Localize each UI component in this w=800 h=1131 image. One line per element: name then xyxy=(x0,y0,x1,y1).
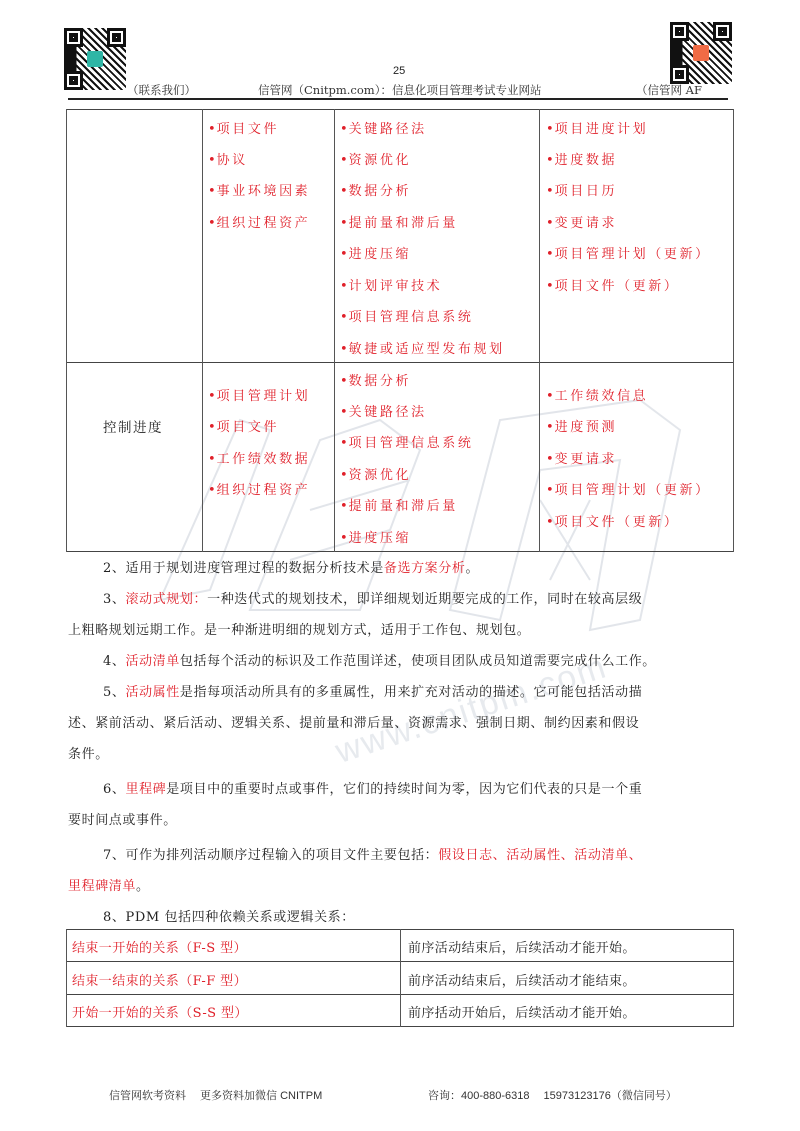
table-border-left xyxy=(66,929,67,1027)
tool-item: 进度压缩 xyxy=(340,527,411,546)
output-item: 进度数据 xyxy=(546,149,617,168)
input-item: 组织过程资产 xyxy=(208,479,310,498)
highlight-term: 假设日志、活动属性、活动清单、 xyxy=(438,848,642,863)
process-name: 控制进度 xyxy=(103,416,163,436)
output-item: 项目文件（更新） xyxy=(546,275,679,294)
tool-item: 数据分析 xyxy=(340,370,411,389)
relationship-desc: 前序活动结束后，后续活动才能开始。 xyxy=(408,937,636,956)
input-item: 协议 xyxy=(208,149,248,168)
app-logo-icon xyxy=(87,51,103,67)
highlight-term: 活动清单 xyxy=(125,654,179,669)
table-col-divider-1 xyxy=(202,109,203,552)
tool-item: 数据分析 xyxy=(340,180,411,199)
paragraph-5-cont: 述、紧前活动、紧后活动、逻辑关系、提前量和滞后量、资源需求、强制日期、制约因素和… xyxy=(68,708,639,739)
tool-item: 关键路径法 xyxy=(340,401,427,420)
relationship-desc: 前序活动结束后，后续活动才能结束。 xyxy=(408,970,636,989)
output-item: 项目管理计划（更新） xyxy=(546,479,711,498)
output-item: 进度预测 xyxy=(546,416,617,435)
table-border-top xyxy=(66,109,734,110)
tool-item: 计划评审技术 xyxy=(340,275,442,294)
table-col-divider-2 xyxy=(334,109,335,552)
tool-item: 项目管理信息系统 xyxy=(340,306,473,325)
input-item: 事业环境因素 xyxy=(208,180,310,199)
output-item: 变更请求 xyxy=(546,448,617,467)
relationship-type: 结束一开始的关系（F-S 型） xyxy=(72,937,247,956)
paragraph-5: 5、活动属性是指每项活动所具有的多重属性，用来扩充对活动的描述。它可能包括活动描 xyxy=(103,677,642,708)
paragraph-2: 2、适用于规划进度管理过程的数据分析技术是备选方案分析。 xyxy=(103,553,479,584)
page-number: 25 xyxy=(393,65,405,77)
qr-code-contact xyxy=(64,28,126,90)
paragraph-3-cont: 上粗略规划远期工作。是一种渐进明细的规划方式，适用于工作包、规划包。 xyxy=(68,615,530,646)
relationship-desc: 前序括动开始后，后续活动才能开始。 xyxy=(408,1002,636,1021)
tool-item: 提前量和滞后量 xyxy=(340,495,458,514)
tool-item: 提前量和滞后量 xyxy=(340,212,458,231)
paragraph-4: 4、活动清单包括每个活动的标识及工作范围详述，使项目团队成员知道需要完成什么工作… xyxy=(103,646,656,677)
table-row-divider xyxy=(66,362,734,363)
table-border-right xyxy=(733,109,734,552)
table-col-divider-3 xyxy=(539,109,540,552)
input-item: 项目文件 xyxy=(208,118,279,137)
output-item: 项目管理计划（更新） xyxy=(546,243,711,262)
brand-logo-icon xyxy=(693,45,709,61)
tool-item: 项目管理信息系统 xyxy=(340,432,473,451)
highlight-term: 滚动式规划： xyxy=(125,592,207,607)
relationship-type: 结束一结束的关系（F-F 型） xyxy=(72,970,247,989)
input-item: 项目文件 xyxy=(208,416,279,435)
tool-item: 资源优化 xyxy=(340,464,411,483)
paragraph-6-cont: 要时间点或事件。 xyxy=(68,805,177,836)
output-item: 项目进度计划 xyxy=(546,118,648,137)
output-item: 变更请求 xyxy=(546,212,617,231)
highlight-term: 活动属性 xyxy=(125,685,179,700)
header-right-label: （信管网 AF xyxy=(636,82,702,98)
input-item: 项目管理计划 xyxy=(208,385,310,404)
header-divider xyxy=(68,98,728,100)
paragraph-7: 7、可作为排列活动顺序过程输入的项目文件主要包括：假设日志、活动属性、活动清单、 xyxy=(103,840,642,871)
highlight-term: 里程碑 xyxy=(125,782,166,797)
paragraph-7-cont: 里程碑清单。 xyxy=(68,871,150,902)
input-item: 工作绩效数据 xyxy=(208,448,310,467)
tool-item: 敏捷或适应型发布规划 xyxy=(340,338,505,357)
table-border-right xyxy=(733,929,734,1027)
output-item: 项目文件（更新） xyxy=(546,511,679,530)
paragraph-6: 6、里程碑是项目中的重要时点或事件，它们的持续时间为零，因为它们代表的只是一个重 xyxy=(103,774,642,805)
header-contact-label: （联系我们） xyxy=(127,82,196,98)
qr-code-app xyxy=(670,22,732,84)
footer-contact: 咨询：400-880-6318 15973123176（微信同号） xyxy=(428,1087,677,1103)
header-title: 信管网（Cnitpm.com）：信息化项目管理考试专业网站 xyxy=(258,82,541,98)
highlight-term: 里程碑清单 xyxy=(68,879,136,894)
tool-item: 资源优化 xyxy=(340,149,411,168)
paragraph-5-cont: 条件。 xyxy=(68,739,109,770)
output-item: 项目日历 xyxy=(546,180,617,199)
table-border-left xyxy=(66,109,67,552)
tool-item: 关键路径法 xyxy=(340,118,427,137)
table-col-divider xyxy=(400,929,401,1027)
input-item: 组织过程资产 xyxy=(208,212,310,231)
highlight-term: 备选方案分析 xyxy=(384,561,466,576)
output-item: 工作绩效信息 xyxy=(546,385,648,404)
paragraph-3: 3、滚动式规划：一种迭代式的规划技术，即详细规划近期要完成的工作，同时在较高层级 xyxy=(103,584,642,615)
footer-left: 信管网软考资料 更多资料加微信 CNITPM xyxy=(109,1087,322,1103)
table-border-bottom xyxy=(66,551,734,552)
relationship-type: 开始一开始的关系（S-S 型） xyxy=(72,1002,248,1021)
tool-item: 进度压缩 xyxy=(340,243,411,262)
